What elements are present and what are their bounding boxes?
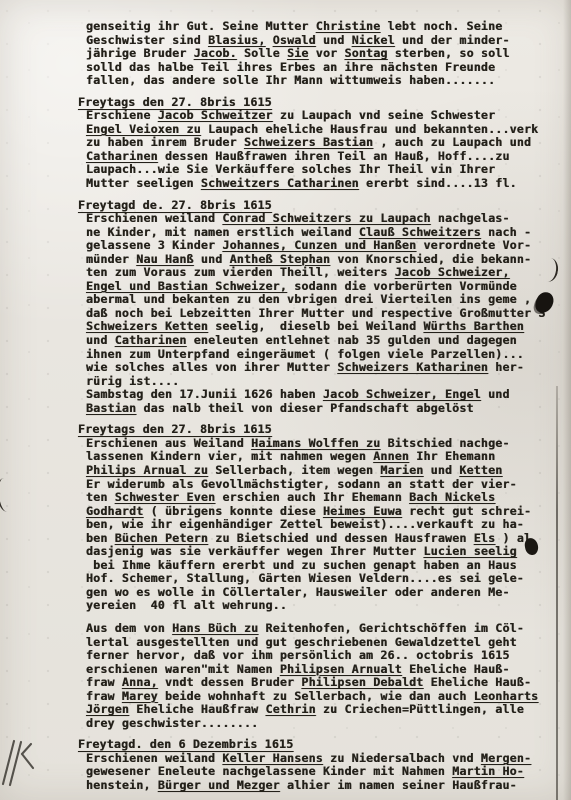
underlined-name: Conrad Schweitzers zu Laupach [222, 211, 430, 225]
underlined-name: Philips Arnual zu [86, 463, 208, 477]
underlined-name: Nickel [352, 33, 395, 47]
underlined-name: Engel und Bastian Schweizer, [86, 279, 287, 293]
underlined-name: Catharinen [86, 149, 158, 163]
text-line: abermal und bekanten zu den vbrigen drei… [86, 293, 558, 307]
text-segment: ihnen zum Unterpfand eingeräumet ( folge… [86, 347, 524, 361]
text-segment: drey geschwister........ [86, 716, 258, 730]
text-segment: Sellerbach, item wegen [208, 463, 380, 477]
text-segment: und [481, 387, 510, 401]
text-segment: vor [309, 46, 345, 60]
text-line: Aus dem von Hans Büch zu Reitenhofen, Ge… [86, 622, 558, 636]
text-segment: zu haben inrem Bruder [86, 135, 244, 149]
underlined-name: Keller Hansens [222, 751, 323, 765]
text-segment: eneleuten entlehnet nab 35 gulden und da… [187, 333, 517, 347]
text-segment: und [423, 463, 459, 477]
text-segment: beide wohnhaft zu Sellerbach, wie dan au… [158, 689, 474, 703]
text-line: gelassene 3 Kinder Johannes, Cunzen und … [86, 239, 558, 253]
underlined-name: Clauß Schweitzers [359, 225, 481, 239]
text-segment: Bitschied nachge- [380, 436, 509, 450]
underlined-name: Johannes, Cunzen und Hanßen [222, 238, 416, 252]
text-segment: ne Kinder, mit namen erstlich weiland [86, 225, 359, 239]
scanned-document-page: genseitig ihr Gut. Seine Mutter Christin… [0, 0, 571, 800]
text-line: jährige Bruder Jacob. Solle Sie vor Sont… [86, 47, 558, 61]
text-segment: recht gut schrei- [402, 504, 531, 518]
text-segment: zu Niedersalbach vnd [323, 751, 481, 765]
text-segment: fraw [86, 675, 122, 689]
text-line: fraw Marey beide wohnhaft zu Sellerbach,… [86, 690, 558, 704]
text-line: Catharinen dessen Haußfrawen ihren Teil … [86, 150, 558, 164]
text-line: gewesener Eneleute nachgelassene Kinder … [86, 765, 558, 779]
text-line: drey geschwister........ [86, 717, 558, 731]
text-line: zu haben inrem Bruder Schweizers Bastian… [86, 136, 558, 150]
underlined-name: Freytags den 27. 8bris 1615 [78, 422, 272, 436]
text-line: Philips Arnual zu Sellerbach, item wegen… [86, 464, 558, 478]
text-segment: zu Criechen=Püttlingen, alle [316, 702, 524, 716]
underlined-name: Marey [122, 689, 158, 703]
text-segment: Erschienen aus Weiland [86, 436, 251, 450]
text-line: ihnen zum Unterpfand eingeräumet ( folge… [86, 348, 558, 362]
underlined-name: Büchen Petern [115, 531, 208, 545]
text-line: Sambstag den 17.Junii 1626 haben Jacob S… [86, 388, 558, 402]
text-segment: genseitig ihr Gut. Seine Mutter [86, 19, 316, 33]
text-segment: alhier im namen seiner Haußfrau- [280, 778, 517, 792]
text-line: Geschwister sind Blasius, Oswald und Nic… [86, 34, 558, 48]
underlined-name: Freytagd de. 27. 8bris 1615 [78, 198, 272, 212]
text-line: ben, wie ihr eigenhändiger Zettel beweis… [86, 518, 558, 532]
text-segment: Laupach...wie Sie Verkäuffere solches Ih… [86, 162, 495, 176]
text-segment: gelassene 3 Kinder [86, 238, 222, 252]
text-line: daß noch bei Lebzeitten Ihrer Mutter und… [86, 307, 558, 321]
text-segment: Eheliche Haußfraw [129, 702, 265, 716]
text-segment: Reitenhofen, Gerichtschöffen im Cöl- [258, 621, 524, 635]
text-line: ne Kinder, mit namen erstlich weiland Cl… [86, 226, 558, 240]
text-segment: Erschiene [86, 108, 158, 122]
date-heading: Freytagd de. 27. 8bris 1615 [78, 199, 558, 213]
paragraph: Erschienen weiland Conrad Schweitzers zu… [86, 212, 558, 415]
text-line: rürig ist.... [86, 375, 558, 389]
underlined-name: Catharinen [115, 333, 187, 347]
text-line: solld das halbe Teil ihres Erbes an ihre… [86, 61, 558, 75]
text-segment: rürig ist.... [86, 374, 179, 388]
text-line: Mutter seeligen Schweitzers Catharinen e… [86, 177, 558, 191]
text-segment: Ihr Ehemann [409, 449, 495, 463]
underlined-name: Jacob. [194, 46, 237, 60]
text-segment: ) al [495, 531, 531, 545]
text-segment: solld das halbe Teil ihres Erbes an ihre… [86, 60, 495, 74]
underlined-name: Godhardt [86, 504, 143, 518]
underlined-name: Haimans Wolffen zu [251, 436, 380, 450]
underlined-name: Freytags den 27. 8bris 1615 [78, 95, 272, 109]
text-segment: und [86, 333, 115, 347]
underlined-name: Christine [316, 19, 381, 33]
text-segment: Sambstag den 17.Junii 1626 haben [86, 387, 323, 401]
underlined-name: Schweizers Katharinen [337, 360, 488, 374]
text-line: Laupach...wie Sie Verkäuffere solches Ih… [86, 163, 558, 177]
text-line: Freytagd. den 6 Dezembris 1615 [78, 738, 558, 752]
text-line: Erschienen weiland Conrad Schweitzers zu… [86, 212, 558, 226]
underlined-name: Bastian [86, 401, 136, 415]
underlined-name: Ketten [459, 463, 502, 477]
underlined-name: Leonharts [474, 689, 539, 703]
text-segment: gen wo es wolle in Cöllertaler, Hausweil… [86, 585, 510, 599]
underlined-name: Philipsen Debaldt [301, 675, 423, 689]
underlined-name: Würths Barthen [423, 319, 524, 333]
text-segment: her- [488, 360, 524, 374]
text-line: henstein, Bürger und Mezger alhier im na… [86, 779, 558, 793]
text-line: Engel Veioxen zu Laupach eheliche Hausfr… [86, 123, 558, 137]
text-line: genseitig ihr Gut. Seine Mutter Christin… [86, 20, 558, 34]
text-line: ten Schwester Even erschien auch Ihr Ehe… [86, 491, 558, 505]
text-segment: zu Bietschied und dessen Hausfrawen [208, 531, 474, 545]
text-segment: Erschienen weiland [86, 751, 222, 765]
underlined-name: Jacob Schweizer, [395, 265, 510, 279]
text-segment: abermal und bekanten zu den vbrigen drei… [86, 292, 531, 306]
text-segment: erschien auch Ihr Ehemann [215, 490, 409, 504]
text-segment: Geschwister sind [86, 33, 208, 47]
underlined-name: Nau Hanß [136, 252, 193, 266]
text-segment: gewesener Eneleute nachgelassene Kinder … [86, 764, 452, 778]
text-segment: ererbt sind....13 fl. [359, 176, 517, 190]
text-segment: Aus dem von [86, 621, 172, 635]
text-segment: ben [86, 531, 115, 545]
text-line: und Catharinen eneleuten entlehnet nab 3… [86, 334, 558, 348]
text-line: ben Büchen Petern zu Bietschied und dess… [86, 532, 558, 546]
underlined-name: Hans Büch zu [172, 621, 258, 635]
text-segment: lassenen Kindern vier, mit nahmen wegen [86, 449, 373, 463]
text-line: dasjenig was sie verkäuffer wegen Ihrer … [86, 545, 558, 559]
text-line: bei Ihme käuffern ererbt und zu suchen g… [86, 559, 558, 573]
text-segment: Solle [237, 46, 287, 60]
text-segment: ten zum Voraus zum vierden Theill, weite… [86, 265, 395, 279]
text-line: gen wo es wolle in Cöllertaler, Hausweil… [86, 586, 558, 600]
text-line: Erschienen weiland Keller Hansens zu Nie… [86, 752, 558, 766]
text-segment: lebt noch. Seine [380, 19, 502, 33]
text-segment: daß noch bei Lebzeitten Ihrer Mutter und… [86, 306, 546, 320]
text-line: erschienen waren"mit Namen Philipsen Arn… [86, 663, 558, 677]
text-segment: zu Laupach vnd seine Schwester [273, 108, 496, 122]
underlined-name: Els [474, 531, 496, 545]
text-segment: und [194, 252, 230, 266]
paragraph: genseitig ihr Gut. Seine Mutter Christin… [86, 20, 558, 88]
text-segment: ferner hervor, daß vor ihm persönlich am… [86, 648, 510, 662]
underlined-name: Sontag [345, 46, 388, 60]
text-segment: sterben, so soll [388, 46, 510, 60]
handwritten-paren-mark [0, 477, 13, 512]
underlined-name: Oswald [273, 33, 316, 47]
text-segment: münder [86, 252, 136, 266]
underlined-name: Jacob Schweitzer [158, 108, 273, 122]
underlined-name: Schweizers Ketten [86, 319, 208, 333]
text-segment: Eheliche Hauß- [402, 662, 510, 676]
text-line: Schweizers Ketten seelig, dieselb bei We… [86, 320, 558, 334]
text-segment: verordnete Vor- [416, 238, 531, 252]
text-segment: das nalb theil von dieser Pfandschaft ab… [136, 401, 473, 415]
text-line: yereien 40 fl alt wehrung.. [86, 599, 558, 613]
scan-edge-shadow [563, 0, 571, 800]
underlined-name: Cethrin [266, 702, 316, 716]
text-segment: Laupach eheliche Hausfrau und bekannten.… [201, 122, 538, 136]
text-segment: yereien 40 fl alt wehrung.. [86, 598, 287, 612]
underlined-name: Sie [287, 46, 309, 60]
paragraph: Erschiene Jacob Schweitzer zu Laupach vn… [86, 109, 558, 190]
text-line: münder Nau Hanß und Antheß Stephan von K… [86, 253, 558, 267]
text-segment: nach - [481, 225, 531, 239]
paragraph: Erschienen weiland Keller Hansens zu Nie… [86, 752, 558, 793]
text-segment: Eheliche Hauß- [423, 675, 531, 689]
text-segment: jährige Bruder [86, 46, 194, 60]
underlined-name: Schwester Even [115, 490, 216, 504]
text-line: Engel und Bastian Schweizer, sodann die … [86, 280, 558, 294]
date-heading: Freytags den 27. 8bris 1615 [78, 423, 558, 437]
underlined-name: Martin Ho- [452, 764, 524, 778]
underlined-name: Engel Veioxen zu [86, 122, 201, 136]
text-line: lassenen Kindern vier, mit nahmen wegen … [86, 450, 558, 464]
paragraph: Erschienen aus Weiland Haimans Wolffen z… [86, 437, 558, 613]
text-segment: von Knorschied, die bekann- [330, 252, 531, 266]
text-line: Freytags den 27. 8bris 1615 [78, 423, 558, 437]
underlined-name: Freytagd. den 6 Dezembris 1615 [78, 737, 293, 751]
underlined-name: Marien [380, 463, 423, 477]
underlined-name: Jacob Schweizer, Engel [323, 387, 481, 401]
underlined-name: Anna, [122, 675, 158, 689]
text-segment: Hof. Schemer, Stallung, Gärten Wiesen Ve… [86, 571, 524, 585]
underlined-name: Antheß Stephan [230, 252, 331, 266]
underlined-name: Heimes Euwa [323, 504, 402, 518]
underlined-name: Jörgen [86, 702, 129, 716]
text-segment: ( übrigens konnte diese [143, 504, 323, 518]
text-line: Godhardt ( übrigens konnte diese Heimes … [86, 505, 558, 519]
text-segment: sodann die vorberürten Vormünde [287, 279, 517, 293]
text-line: Erschienen aus Weiland Haimans Wolffen z… [86, 437, 558, 451]
text-segment: und der minder- [395, 33, 510, 47]
text-line: fallen, das andere solle Ihr Mann wittum… [86, 74, 558, 88]
date-heading: Freytagd. den 6 Dezembris 1615 [78, 738, 558, 752]
underlined-name: Annen [373, 449, 409, 463]
text-segment: dasjenig was sie verkäuffer wegen Ihrer … [86, 544, 423, 558]
text-segment: nachgelas- [431, 211, 510, 225]
text-segment: ten [86, 490, 115, 504]
underlined-name: Bürger und Mezger [158, 778, 280, 792]
text-line: Freytags den 27. 8bris 1615 [78, 96, 558, 110]
paragraph: Aus dem von Hans Büch zu Reitenhofen, Ge… [86, 622, 558, 730]
text-segment: Er widerumb als Gevollmächstigter, sodan… [86, 477, 517, 491]
underlined-name: Blasius, [208, 33, 265, 47]
text-line: Bastian das nalb theil von dieser Pfands… [86, 402, 558, 416]
text-segment: bei Ihme käuffern ererbt und zu suchen g… [86, 558, 517, 572]
text-line: Hof. Schemer, Stallung, Gärten Wiesen Ve… [86, 572, 558, 586]
text-line: Erschiene Jacob Schweitzer zu Laupach vn… [86, 109, 558, 123]
underlined-name: Mergen- [481, 751, 531, 765]
text-line: Jörgen Eheliche Haußfraw Cethrin zu Crie… [86, 703, 558, 717]
underlined-name: Schweitzers Catharinen [201, 176, 359, 190]
document-body: genseitig ihr Gut. Seine Mutter Christin… [86, 20, 558, 793]
underlined-name: Bach Nickels [409, 490, 495, 504]
text-segment: dessen Haußfrawen ihren Teil an Hauß, Ho… [158, 149, 510, 163]
text-segment: Erschienen weiland [86, 211, 222, 225]
text-line: Freytagd de. 27. 8bris 1615 [78, 199, 558, 213]
text-line: Er widerumb als Gevollmächstigter, sodan… [86, 478, 558, 492]
text-segment [266, 33, 273, 47]
date-heading: Freytags den 27. 8bris 1615 [78, 96, 558, 110]
text-segment: wie solches alles von ihrer Mutter [86, 360, 337, 374]
text-line: lertal ausgestellten und gut geschrieben… [86, 636, 558, 650]
text-segment: lertal ausgestellten und gut geschrieben… [86, 635, 517, 649]
text-segment: ben, wie ihr eigenhändiger Zettel beweis… [86, 517, 524, 531]
text-segment: fallen, das andere solle Ihr Mann wittum… [86, 73, 495, 87]
underlined-name: Schweizers Bastian [244, 135, 373, 149]
text-segment: Mutter seeligen [86, 176, 201, 190]
text-line: fraw Anna, vndt dessen Bruder Philipsen … [86, 676, 558, 690]
underlined-name: Lucien seelig [423, 544, 516, 558]
text-segment: , auch zu Laupach und [373, 135, 531, 149]
text-segment: seelig, dieselb bei Weiland [208, 319, 423, 333]
underlined-name: Philipsen Arnualt [280, 662, 402, 676]
text-segment: henstein, [86, 778, 158, 792]
text-segment: erschienen waren"mit Namen [86, 662, 280, 676]
pencil-margin-mark [0, 738, 46, 790]
text-line: wie solches alles von ihrer Mutter Schwe… [86, 361, 558, 375]
text-segment: fraw [86, 689, 122, 703]
text-segment: und [316, 33, 352, 47]
text-segment: vndt dessen Bruder [158, 675, 302, 689]
text-line: ten zum Voraus zum vierden Theill, weite… [86, 266, 558, 280]
text-line: ferner hervor, daß vor ihm persönlich am… [86, 649, 558, 663]
